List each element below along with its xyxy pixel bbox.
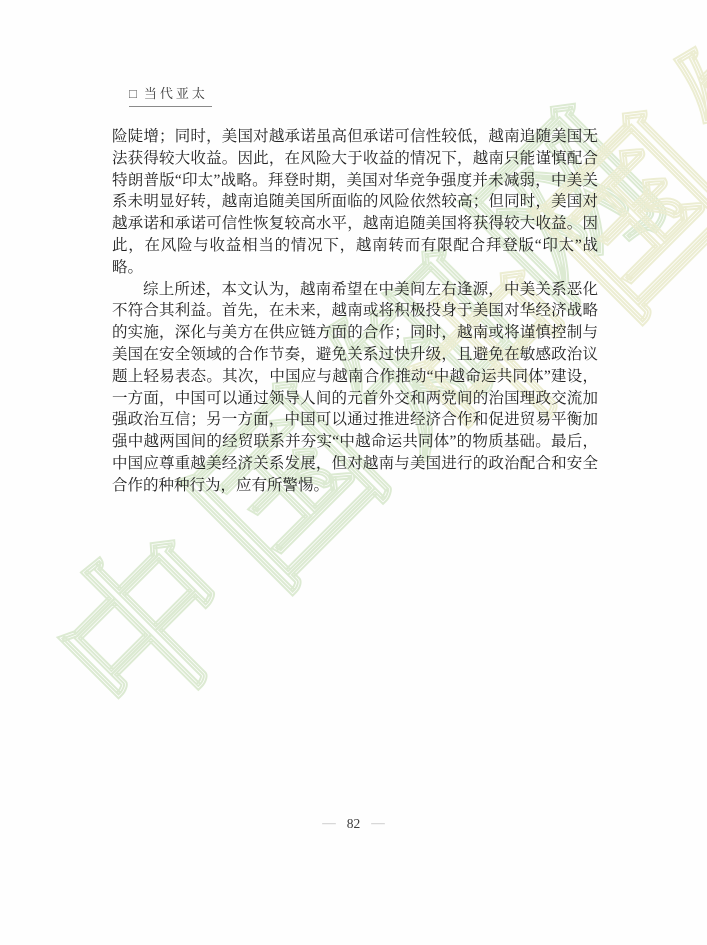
running-header: □当代亚太 — [129, 83, 212, 107]
paragraph-continuation: 险陡增；同时，美国对越承诺虽高但承诺可信性较低，越南追随美国无法获得较大收益。因… — [112, 126, 598, 279]
journal-name: 当代亚太 — [144, 86, 208, 101]
paragraph-conclusion: 综上所述，本文认为，越南希望在中美间左右逢源，中美关系恶化不符合其利益。首先，在… — [112, 279, 598, 497]
journal-page: 中国知网 中国知网 □当代亚太 险陡增；同时，美国对越承诺虽高但承诺可信性较低，… — [0, 0, 707, 945]
page-footer: —82— — [0, 816, 707, 832]
article-body: 险陡增；同时，美国对越承诺虽高但承诺可信性较低，越南追随美国无法获得较大收益。因… — [112, 126, 598, 497]
journal-box-icon: □ — [129, 86, 137, 102]
page-number: 82 — [347, 816, 361, 831]
footer-left-dash: — — [322, 815, 336, 830]
running-header-inner: □当代亚太 — [129, 83, 212, 107]
footer-right-dash: — — [371, 815, 385, 830]
